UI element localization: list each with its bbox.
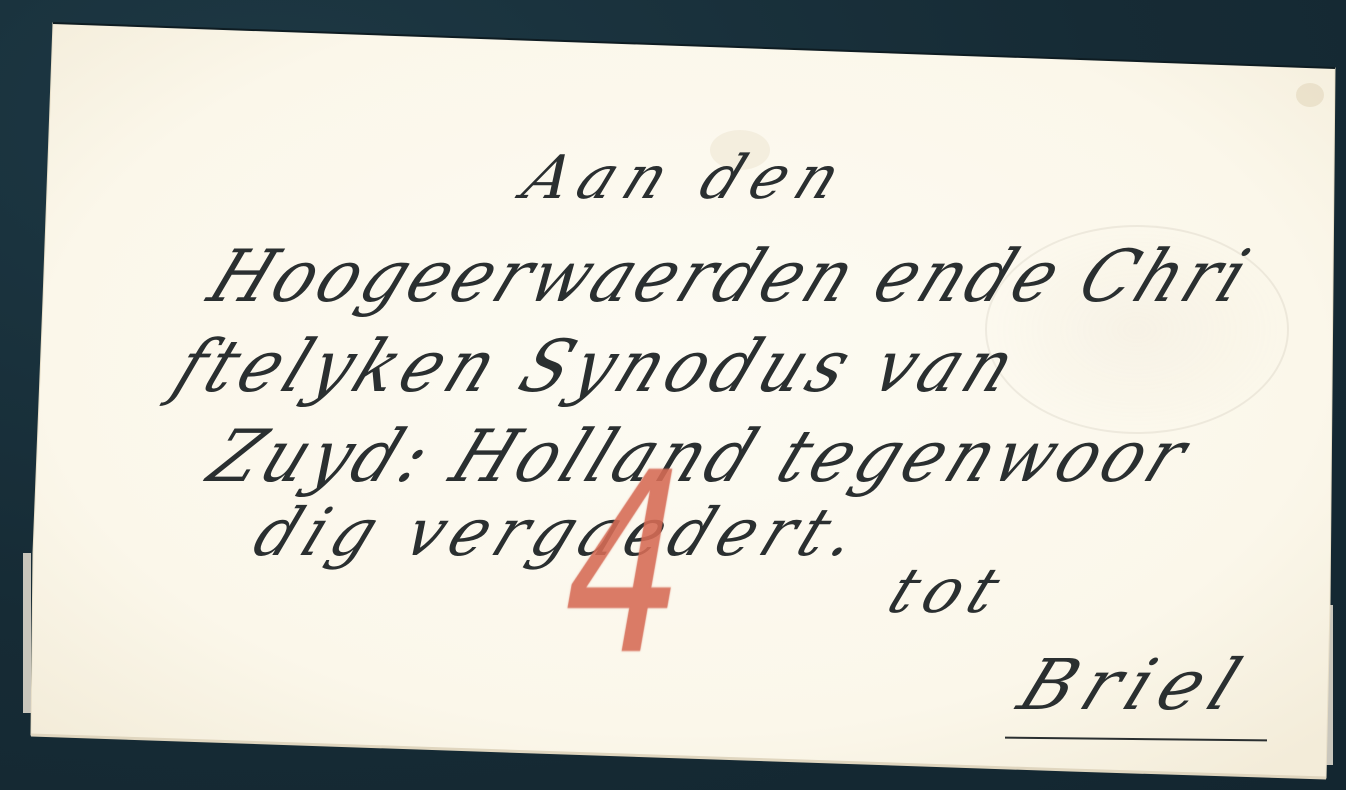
folded-letter: Aan den Hoogeerwaerden ende Chri ftelyke… [0,0,1346,790]
address-line-salutation: Aan den [515,148,859,208]
address-line-5: dig vergaedert. [245,500,875,566]
address-line-3: ftelyken Synodus van [165,330,1031,402]
address-line-destination: Briel [1010,650,1259,720]
address-line-2: Hoogeerwaerden ende Chri [200,240,1262,312]
